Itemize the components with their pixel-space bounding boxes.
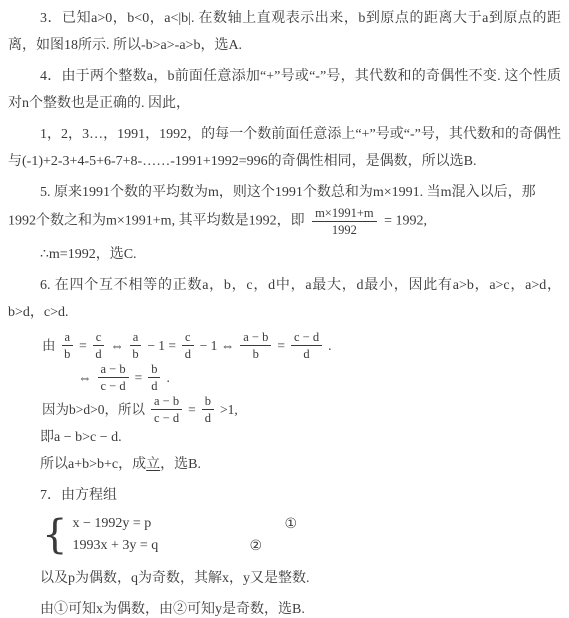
fraction: a b xyxy=(62,330,74,361)
fraction-numerator: a − b xyxy=(151,394,182,410)
fraction-numerator: a − b xyxy=(240,330,271,346)
math-text: = xyxy=(188,395,196,425)
fraction-average: m×1991+m 1992 xyxy=(312,206,377,237)
equations: x − 1992y = p ① 1993x + 3y = q ② xyxy=(72,513,297,557)
fraction-denominator: d xyxy=(303,346,309,361)
fraction-denominator: b xyxy=(132,346,138,361)
fraction-denominator: c − d xyxy=(101,378,126,393)
derivation-line-3: 因为b>d>0，所以 a − b c − d = b d >1, xyxy=(8,394,561,425)
fraction-numerator: c xyxy=(93,330,105,346)
conclusion-text: ，选B. xyxy=(160,457,201,472)
math-text: = xyxy=(135,363,143,393)
derivation-line-2: ⇔ a − b c − d = b d . xyxy=(8,362,561,393)
conclusion-text: 所以a+b>b+c，成 xyxy=(40,457,146,472)
math-text: − 1 ⇔ xyxy=(200,331,235,361)
equation-1-label: ① xyxy=(284,513,297,535)
fraction: b d xyxy=(148,362,160,393)
paragraph-solution-5-conclusion: ∴m=1992，选C. xyxy=(8,241,561,268)
fraction: a b xyxy=(130,330,142,361)
paragraph-solution-4-continued: 1，2，3…，1991，1992，的每一个数前面任意添上“+”号或“-”号，其代… xyxy=(8,121,561,175)
paragraph-solution-4-intro: 4．由于两个整数a，b前面任意添加“+”号或“-”号，其代数和的奇偶性不变. 这… xyxy=(8,63,561,117)
paragraph-solution-7-intro: 7．由方程组 xyxy=(8,482,561,509)
solution-5-result: = 1992, xyxy=(384,214,427,229)
paragraph-solution-6: 6. 在四个互不相等的正数a，b，c，d中，a最大，d最小，因此有a>b，a>c… xyxy=(8,272,561,326)
fraction-denominator: c − d xyxy=(154,410,179,425)
math-text: ⇔ xyxy=(78,363,92,393)
derivation-line-4: 即a − b>c − d. xyxy=(8,426,561,450)
math-text: . xyxy=(328,331,331,361)
fraction-denominator: d xyxy=(185,346,191,361)
math-text: = xyxy=(79,331,87,361)
fraction: c − d d xyxy=(291,330,322,361)
fraction-numerator: a − b xyxy=(98,362,129,378)
math-text: − 1 = xyxy=(147,331,176,361)
paragraph-solution-6-conclusion: 所以a+b>b+c，成立，选B. xyxy=(8,451,561,478)
fraction: a − b c − d xyxy=(151,394,182,425)
fraction-numerator: c xyxy=(182,330,194,346)
math-text: 由 xyxy=(42,331,56,361)
paragraph-solution-5: 5. 原来1991个数的平均数为m，则这个1991个数总和为m×1991. 当m… xyxy=(8,179,561,237)
math-text: ⇔ xyxy=(110,331,124,361)
fraction-denominator: 1992 xyxy=(332,222,357,237)
fraction-denominator: b xyxy=(64,346,70,361)
equation-2: 1993x + 3y = q xyxy=(72,535,222,557)
math-text: = xyxy=(277,331,285,361)
math-text: . xyxy=(166,363,169,393)
paragraph-solution-7-conclusion: 由①可知x为偶数，由②可知y是奇数，选B. xyxy=(8,596,561,618)
equation-system: { x − 1992y = p ① 1993x + 3y = q ② xyxy=(8,513,561,557)
fraction: c d xyxy=(93,330,105,361)
equation-row-1: x − 1992y = p ① xyxy=(72,513,297,535)
fraction-denominator: d xyxy=(95,346,101,361)
fraction: b d xyxy=(202,394,214,425)
math-text: >1, xyxy=(220,395,238,425)
fraction: a − b b xyxy=(240,330,271,361)
fraction-numerator: a xyxy=(62,330,74,346)
fraction-numerator: b xyxy=(148,362,160,378)
equation-row-2: 1993x + 3y = q ② xyxy=(72,535,297,557)
fraction-denominator: d xyxy=(151,378,157,393)
derivation-line-1: 由 a b = c d ⇔ a b − 1 = c d − 1 ⇔ a − b … xyxy=(8,330,561,361)
paragraph-solution-7-conditions: 以及p为偶数，q为奇数，其解x，y又是整数. xyxy=(8,565,561,592)
fraction-numerator: a xyxy=(130,330,142,346)
fraction-denominator: b xyxy=(253,346,259,361)
fraction-numerator: m×1991+m xyxy=(312,206,377,222)
equation-2-label: ② xyxy=(249,535,262,557)
solutions-document: 3．已知a>0，b<0，a<|b|. 在数轴上直观表示出来，b到原点的距离大于a… xyxy=(0,0,569,618)
equation-1: x − 1992y = p xyxy=(72,513,222,535)
fraction-numerator: c − d xyxy=(291,330,322,346)
solution-5-text: 5. 原来1991个数的平均数为m，则这个1991个数总和为m×1991. 当m… xyxy=(8,185,536,229)
left-brace: { xyxy=(42,513,67,557)
fraction: c d xyxy=(182,330,194,361)
fraction: a − b c − d xyxy=(98,362,129,393)
paragraph-solution-3: 3．已知a>0，b<0，a<|b|. 在数轴上直观表示出来，b到原点的距离大于a… xyxy=(8,5,561,59)
math-text: 因为b>d>0，所以 xyxy=(42,395,145,425)
fraction-numerator: b xyxy=(202,394,214,410)
fraction-denominator: d xyxy=(205,410,211,425)
emphasized-character: 立 xyxy=(146,457,160,472)
